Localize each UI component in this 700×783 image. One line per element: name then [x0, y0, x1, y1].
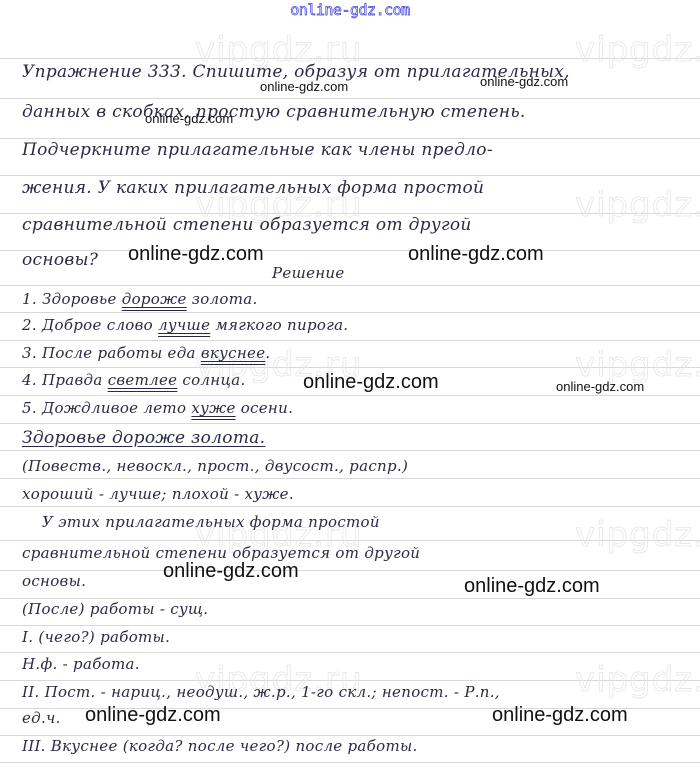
overlay-watermark: online-gdz.com [556, 379, 644, 394]
overlay-watermark: online-gdz.com [303, 371, 439, 394]
sentence-text: Правда [42, 371, 108, 389]
underlined-adjective: хуже [191, 399, 235, 417]
solution-sentence: 3. После работы еда вкуснее. [22, 344, 270, 362]
task-line: сравнительной степени образуется от друг… [22, 215, 472, 235]
background-watermark: vipgdz.ru [575, 660, 700, 700]
overlay-watermark: online-gdz.com [260, 79, 348, 94]
overlay-watermark: online-gdz.com [408, 243, 544, 266]
sentence-text: Доброе слово [42, 316, 158, 334]
parsed-sentence: Здоровье дороже золота. [22, 428, 265, 448]
overlay-watermark: online-gdz.com [480, 74, 568, 89]
sentence-text: Дождливое лето [42, 399, 191, 417]
ruled-line [0, 340, 700, 341]
overlay-watermark: online-gdz.com [145, 111, 233, 126]
ruled-line [0, 450, 700, 451]
ruled-line [0, 98, 700, 99]
solution-sentence: 4. Правда светлее солнца. [22, 371, 246, 389]
task-line: Подчеркните прилагательные как члены пре… [22, 140, 493, 160]
conclusion-line: У этих прилагательных форма простой [42, 513, 380, 531]
underlined-adjective: вкуснее [201, 344, 266, 362]
overlay-watermark: online-gdz.com [85, 704, 221, 727]
task-line: данных в скобках, простую сравнительную … [22, 102, 526, 122]
sentence-number: 2. [22, 316, 37, 334]
ruled-line [0, 506, 700, 507]
overlay-watermark: online-gdz.com [128, 243, 264, 266]
ruled-line [0, 285, 700, 286]
sentence-number: 3. [22, 344, 37, 362]
solution-sentence: 2. Доброе слово лучше мягкого пирога. [22, 316, 348, 334]
ruled-line [0, 735, 700, 736]
morph-line: I. (чего?) работы. [22, 628, 170, 646]
ruled-line [0, 625, 700, 626]
morph-line: (После) работы - сущ. [22, 600, 208, 618]
morph-line: II. Пост. - нариц., неодуш., ж.р., 1-го … [22, 683, 500, 701]
ruled-line [0, 598, 700, 599]
overlay-watermark: online-gdz.com [464, 575, 600, 598]
sentence-number: 5. [22, 399, 37, 417]
sentence-text: Здоровье [42, 290, 122, 308]
sentence-text: мягкого пирога. [210, 316, 348, 334]
task-line: жения. У каких прилагательных форма прос… [22, 178, 484, 198]
ruled-line [0, 312, 700, 313]
ruled-line [0, 652, 700, 653]
solution-heading: Решение [272, 264, 345, 282]
overlay-watermark: online-gdz.com [492, 704, 628, 727]
sentence-characteristics: (Повеств., невоскл., прост., двусост., р… [22, 457, 408, 475]
scanned-notebook-page: online-gdz.com vipgdz.ru vipgdz.ru vipgd… [0, 0, 700, 783]
underlined-adjective: светлее [108, 371, 178, 389]
ruled-line [0, 478, 700, 479]
morph-line: Н.ф. - работа. [22, 655, 140, 673]
conclusion-line: основы. [22, 572, 86, 590]
ruled-line [0, 138, 700, 139]
background-watermark: vipgdz.ru [575, 185, 700, 225]
ruled-line [0, 423, 700, 424]
sentence-number: 4. [22, 371, 37, 389]
solution-sentence: 5. Дождливое лето хуже осени. [22, 399, 293, 417]
underlined-adjective: лучше [158, 316, 210, 334]
sentence-number: 1. [22, 290, 37, 308]
sentence-text: солнца. [177, 371, 245, 389]
ruled-line [0, 762, 700, 763]
sentence-text: После работы еда [42, 344, 201, 362]
underlined-adjective: дороже [122, 290, 187, 308]
top-watermark: online-gdz.com [0, 1, 700, 19]
sentence-text: осени. [236, 399, 294, 417]
overlay-watermark: online-gdz.com [163, 560, 299, 583]
morph-line: ед.ч. [22, 709, 61, 727]
ruled-line [0, 175, 700, 176]
solution-sentence: 1. Здоровье дороже золота. [22, 290, 258, 308]
background-watermark: vipgdz.ru [575, 515, 700, 555]
sentence-text: . [265, 344, 270, 362]
adjective-pairs: хороший - лучше; плохой - хуже. [22, 485, 294, 503]
ruled-line [0, 395, 700, 396]
sentence-text: золота. [187, 290, 258, 308]
ruled-line [0, 250, 700, 251]
morph-line: III. Вкуснее (когда? после чего?) после … [22, 737, 418, 755]
task-line: основы? [22, 250, 98, 270]
ruled-line [0, 570, 700, 571]
background-watermark: vipgdz.ru [575, 30, 700, 70]
